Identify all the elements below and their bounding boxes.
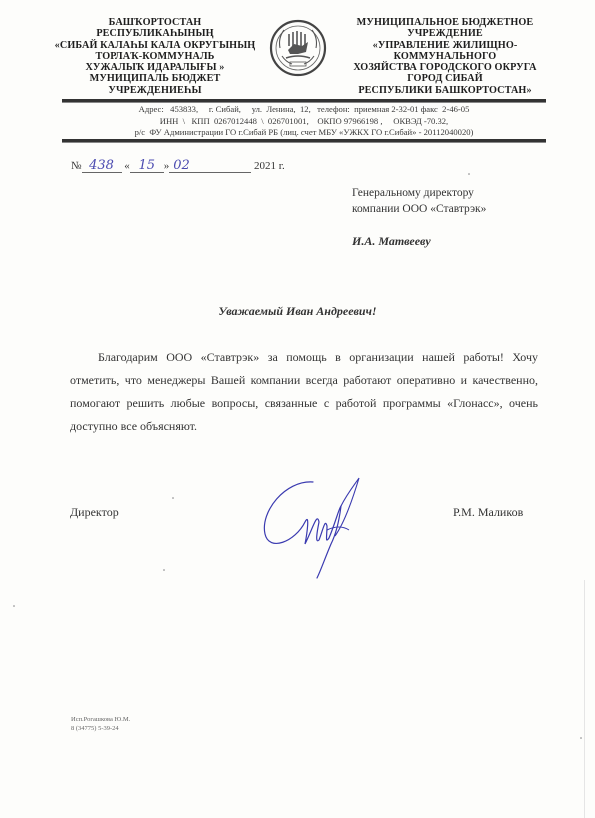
signatory-title: Директор	[70, 505, 119, 520]
recipient-company: компании ООО «Ставтрэк»	[352, 202, 486, 218]
scan-speck	[13, 605, 15, 607]
header-right-line: ГОРОД СИБАЙ	[335, 73, 555, 84]
coat-of-arms-icon	[268, 18, 328, 80]
date-day: 15	[130, 160, 164, 173]
executor-phone: 8 (34775) 5-39-24	[71, 724, 130, 733]
header-divider-bottom	[62, 139, 546, 143]
salutation: Уважаемый Иван Андреевич!	[0, 304, 595, 319]
header-left-line: РЕСПУБЛИКАҺЫНЫҢ	[50, 28, 260, 39]
bank-account-line: р/с ФУ Администрации ГО г.Сибай РБ (лиц.…	[62, 127, 546, 139]
executor-footer: Исп.Рогашкова Ю.М. 8 (34775) 5-39-24	[71, 715, 130, 733]
header-right-line: КОММУНАЛЬНОГО	[335, 51, 555, 62]
header-left-line: ТОРЛАҠ-КОММУНАЛЬ	[50, 51, 260, 62]
date-year: 2021 г.	[254, 160, 285, 172]
date-month: 02	[169, 160, 251, 173]
header-right-russian: МУНИЦИПАЛЬНОЕ БЮДЖЕТНОЕ УЧРЕЖДЕНИЕ «УПРА…	[335, 17, 555, 96]
address-line: Адрес: 453833, г. Сибай, ул. Ленина, 12,…	[62, 104, 546, 116]
recipient-name: И.А. Матвееву	[352, 234, 431, 249]
scan-speck	[468, 173, 470, 175]
scan-speck	[172, 497, 174, 499]
header-left-line: БАШҠОРТОСТАН	[50, 17, 260, 28]
signatory-name: Р.М. Маликов	[453, 505, 523, 520]
header-left-line: «СИБАЙ КАЛАҺЫ КАЛА ОКРУГЫНЫҢ	[50, 40, 260, 51]
address-block: Адрес: 453833, г. Сибай, ул. Ленина, 12,…	[62, 104, 546, 139]
outgoing-number: 438	[82, 160, 122, 173]
header-left-bashkir: БАШҠОРТОСТАН РЕСПУБЛИКАҺЫНЫҢ «СИБАЙ КАЛА…	[50, 17, 260, 96]
header-right-line: УЧРЕЖДЕНИЕ	[335, 28, 555, 39]
header-right-line: «УПРАВЛЕНИЕ ЖИЛИЩНО-	[335, 40, 555, 51]
recipient-block: Генеральному директору компании ООО «Ста…	[352, 186, 486, 217]
header-left-line: УЧРЕЖДЕНИЕҺЫ	[50, 85, 260, 96]
header-divider-top	[62, 99, 546, 103]
number-label: №	[71, 160, 82, 172]
letter-body: Благодарим ООО «Ставтрэк» за помощь в ор…	[70, 346, 538, 438]
body-paragraph: Благодарим ООО «Ставтрэк» за помощь в ор…	[70, 346, 538, 438]
header-left-line: ХУЖАЛЫҠ ИДАРАЛЫҒЫ »	[50, 62, 260, 73]
scan-speck	[580, 737, 582, 739]
executor-name: Исп.Рогашкова Ю.М.	[71, 715, 130, 724]
header-right-line: ХОЗЯЙСТВА ГОРОДСКОГО ОКРУГА	[335, 62, 555, 73]
registration-number: №438 «15»02 2021 г.	[71, 160, 285, 173]
header-right-line: РЕСПУБЛИКИ БАШКОРТОСТАН»	[335, 85, 555, 96]
recipient-position: Генеральному директору	[352, 186, 486, 202]
header-right-line: МУНИЦИПАЛЬНОЕ БЮДЖЕТНОЕ	[335, 17, 555, 28]
scan-edge	[584, 580, 585, 818]
scan-speck	[163, 569, 165, 571]
header-left-line: МУНИЦИПАЛЬ БЮДЖЕТ	[50, 73, 260, 84]
requisites-line: ИНН \ КПП 0267012448 \ 026701001, ОКПО 9…	[62, 116, 546, 128]
handwritten-signature	[255, 472, 385, 582]
